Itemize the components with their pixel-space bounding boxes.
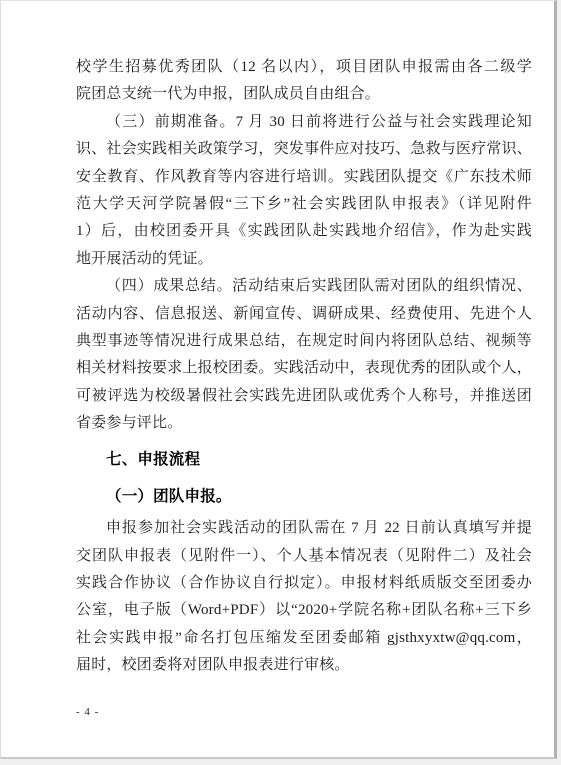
text-line: 校学生招募优秀团队（12 名以内），项目团队申报需由各二级学 bbox=[76, 54, 532, 81]
text-line: （四）成果总结。活动结束后实践团队需对团队的组织情况、 bbox=[76, 273, 532, 300]
page-number: - 4 - bbox=[76, 704, 99, 720]
text-line: 公室，电子版（Word+PDF）以“2020+学院名称+团队名称+三下乡 bbox=[76, 597, 532, 624]
text-line: 可被评选为校级暑假社会实践先进团队或优秀个人称号，并推送团 bbox=[76, 383, 532, 410]
text-line: 申报参加社会实践活动的团队需在 7 月 22 日前认真填写并提 bbox=[76, 515, 532, 542]
text-line: 安全教育、作风教育等内容进行培训。实践团队提交《广东技术师 bbox=[76, 164, 532, 191]
document-body: 校学生招募优秀团队（12 名以内），项目团队申报需由各二级学院团总支统一代为申报… bbox=[1, 1, 554, 680]
document-viewport: 校学生招募优秀团队（12 名以内），项目团队申报需由各二级学院团总支统一代为申报… bbox=[0, 0, 561, 765]
heading-line: （一）团队申报。 bbox=[76, 483, 532, 510]
text-line: 地开展活动的凭证。 bbox=[76, 246, 532, 273]
text-line: （三）前期准备。7 月 30 日前将进行公益与社会实践理论知 bbox=[76, 109, 532, 136]
text-line: 1）后，由校团委开具《实践团队赴实践地介绍信》，作为赴实践 bbox=[76, 218, 532, 245]
text-line: 识、社会实践相关政策学习，突发事件应对技巧、急救与医疗常识、 bbox=[76, 136, 532, 163]
text-line: 范大学天河学院暑假“三下乡”社会实践团队申报表》（详见附件 bbox=[76, 191, 532, 218]
heading-line: 七、申报流程 bbox=[76, 446, 532, 473]
text-line: 省委参与评比。 bbox=[76, 410, 532, 437]
text-line: 社会实践申报”命名打包压缩发至团委邮箱 gjsthxyxtw@qq.com， bbox=[76, 625, 532, 652]
document-page: 校学生招募优秀团队（12 名以内），项目团队申报需由各二级学院团总支统一代为申报… bbox=[0, 0, 557, 759]
text-line: 交团队申报表（见附件一）、个人基本情况表（见附件二）及社会 bbox=[76, 543, 532, 570]
text-line: 届时，校团委将对团队申报表进行审核。 bbox=[76, 652, 532, 679]
text-line: 相关材料按要求上报校团委。实践活动中，表现优秀的团队或个人， bbox=[76, 355, 532, 382]
text-line: 典型事迹等情况进行成果总结，在规定时间内将团队总结、视频等 bbox=[76, 328, 532, 355]
text-line: 院团总支统一代为申报，团队成员自由组合。 bbox=[76, 81, 532, 108]
text-line: 活动内容、信息报送、新闻宣传、调研成果、经费使用、先进个人 bbox=[76, 301, 532, 328]
text-line: 实践合作协议（合作协议自行拟定）。申报材料纸质版交至团委办 bbox=[76, 570, 532, 597]
